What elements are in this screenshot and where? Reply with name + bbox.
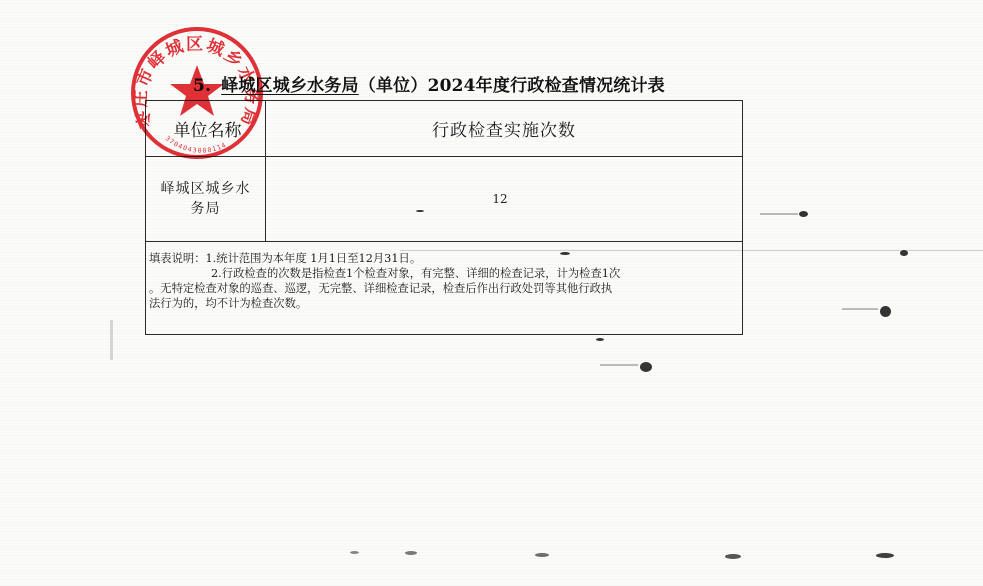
column-header-inspection-count: 行政检查实施次数 bbox=[266, 101, 742, 156]
table-row: 峄城区城乡水务局 12 bbox=[146, 157, 742, 242]
cell-inspection-count: 12 bbox=[266, 157, 742, 241]
scan-smudge bbox=[640, 362, 652, 372]
notes-row: 填表说明：1.统计范围为本年度 1月1日至12月31日。 2.行政检查的次数是指… bbox=[146, 242, 742, 334]
notes-item-1: 1.统计范围为本年度 1月1日至12月31日。 bbox=[206, 252, 422, 265]
scan-streak bbox=[600, 364, 638, 366]
notes-item-2-cont-1: 。无特定检查对象的巡查、巡逻，无完整、详细检查记录，检查后作出行政处罚等其他行政… bbox=[149, 281, 736, 296]
scan-smudge bbox=[350, 551, 359, 554]
notes-item-2-cont-2: 法行为的，均不计为检查次数。 bbox=[149, 296, 736, 311]
scan-streak bbox=[760, 213, 798, 215]
column-header-unit-name: 单位名称 bbox=[146, 101, 266, 156]
title-rest: （单位）2024年度行政检查情况统计表 bbox=[359, 76, 665, 96]
document-title: 5.峄城区城乡水务局（单位）2024年度行政检查情况统计表 bbox=[193, 71, 665, 96]
scan-smudge bbox=[416, 210, 424, 212]
table-header-row: 单位名称 行政检查实施次数 bbox=[146, 101, 742, 157]
title-number: 5. bbox=[193, 76, 211, 96]
notes-label: 填表说明： bbox=[149, 252, 206, 265]
fill-instructions: 填表说明：1.统计范围为本年度 1月1日至12月31日。 2.行政检查的次数是指… bbox=[149, 251, 736, 311]
cell-unit-name: 峄城区城乡水务局 bbox=[146, 157, 266, 241]
scan-smudge bbox=[900, 250, 908, 256]
notes-line-1: 填表说明：1.统计范围为本年度 1月1日至12月31日。 bbox=[149, 251, 736, 266]
scan-smudge bbox=[725, 554, 741, 559]
scan-smudge bbox=[799, 211, 808, 217]
scan-smudge bbox=[560, 252, 570, 255]
inspection-stats-table: 单位名称 行政检查实施次数 峄城区城乡水务局 12 填表说明：1.统计范围为本年… bbox=[145, 100, 743, 335]
scan-smudge bbox=[876, 553, 894, 558]
scan-smudge bbox=[880, 306, 891, 317]
scan-streak bbox=[110, 320, 113, 360]
title-unit-name: 峄城区城乡水务局 bbox=[221, 76, 359, 96]
scan-smudge bbox=[405, 551, 417, 555]
scan-smudge bbox=[596, 338, 604, 341]
notes-item-2: 2.行政检查的次数是指检查1个检查对象，有完整、详细的检查记录，计为检查1次 bbox=[149, 266, 736, 281]
scan-streak bbox=[842, 308, 878, 310]
scan-smudge bbox=[535, 553, 549, 557]
